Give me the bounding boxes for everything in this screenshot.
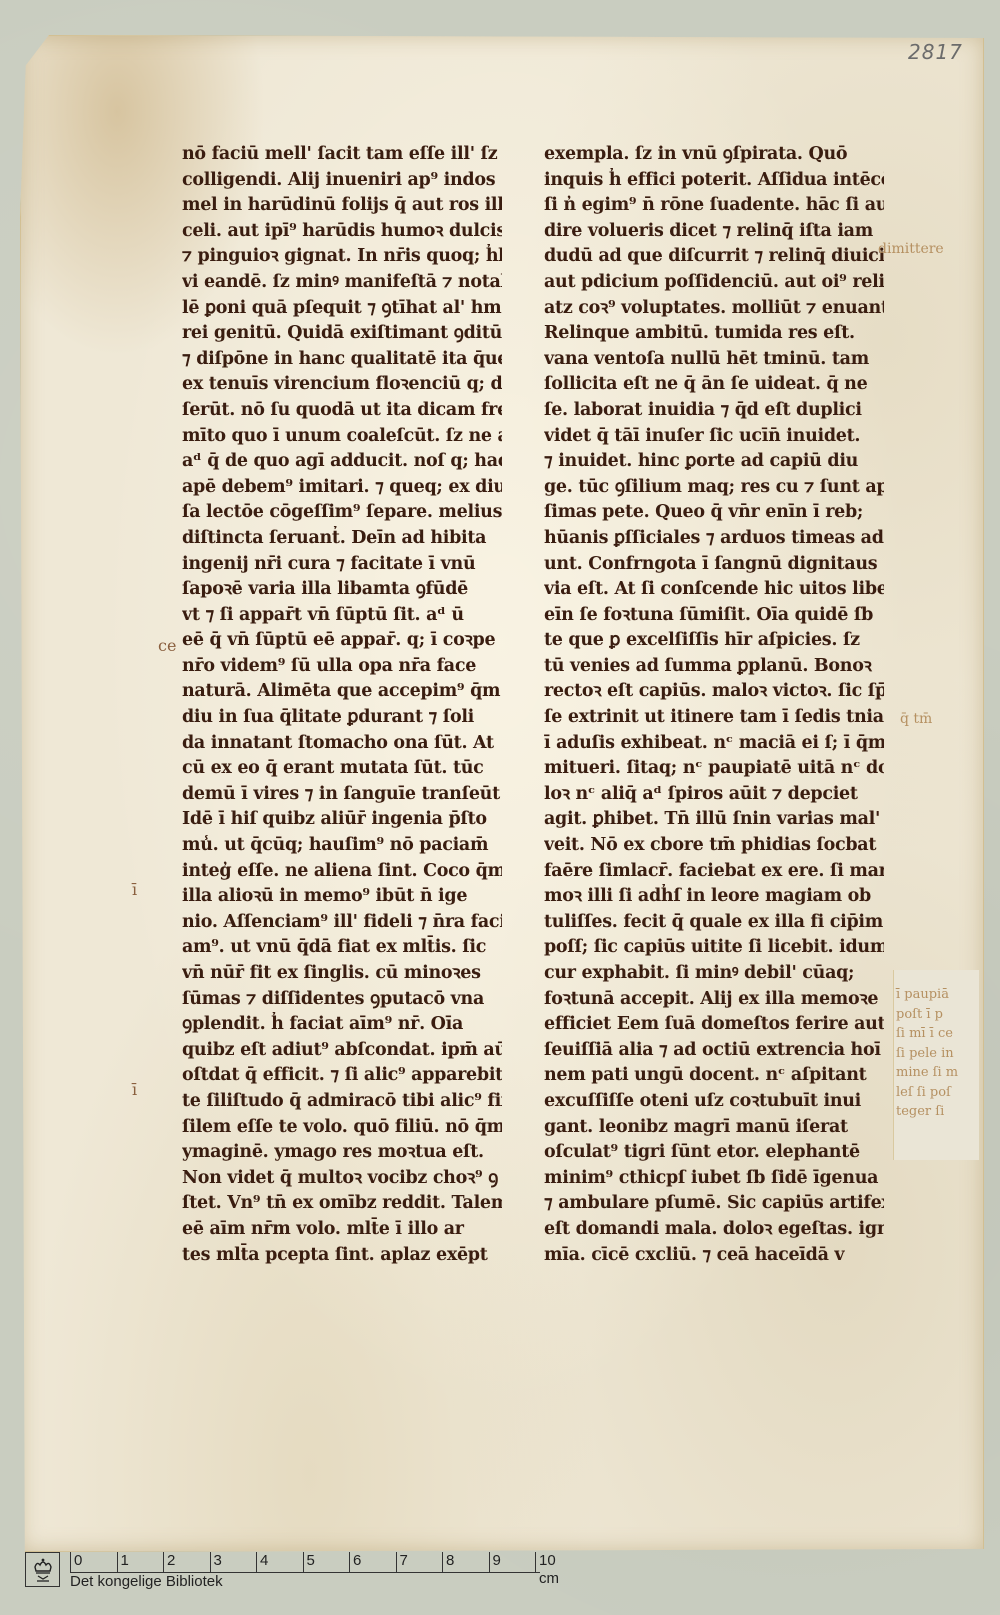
marginal-strip-line: ſi mī ī ce: [896, 1024, 958, 1044]
ruler-tick: 1: [117, 1552, 129, 1572]
text-line: ⁊ inuidet. hinc ꝑorte ad capiū diu: [544, 449, 884, 475]
text-line: ī aduſis exhibeat. nᶜ maciā ei ſ; ī q̄m: [544, 731, 884, 757]
text-line: lē ꝑoni quā pſequit ⁊ ꝯtīhat al' hmōi: [182, 296, 502, 322]
marginal-note-top: dimittere: [878, 240, 944, 258]
text-line: Non videt q̄ multoꝛ vocibz choꝛ⁹ ꝯ: [182, 1166, 502, 1192]
crown-icon: [25, 1552, 60, 1587]
text-line: integ̓ eſſe. ne aliena ſint. Coco q̄m: [182, 859, 502, 885]
text-line: hūanis ꝑſſiciales ⁊ arduos timeas ade: [544, 526, 884, 552]
text-line: unt. Confrngota ī ſangnū dignitaus: [544, 552, 884, 578]
text-line: ſe extrinit ut itinere tam ī ſedis tnia: [544, 705, 884, 731]
text-line: aᵈ q̄ de quo agī adducit. noſ q; hac: [182, 449, 502, 475]
text-line: ſerūt. nō ſu quodā ut ita dicam fre: [182, 398, 502, 424]
text-line: gant. leonibz magrī manū iſerat: [544, 1115, 884, 1141]
text-line: ſa lectōe cōgeſſim⁹ ſepare. melius n.: [182, 500, 502, 526]
text-line: diſtincta ſeruant̓. Deīn ad hibita: [182, 526, 502, 552]
text-line: inquis h̓ effici poterit. Aſſidua intēcō…: [544, 168, 884, 194]
text-line: dire volueris dicet ⁊ relinq̄ iſta iam: [544, 219, 884, 245]
marginal-strip-line: leſ ſi poſ: [896, 1083, 958, 1103]
institution-name: Det kongelige Bibliotek: [70, 1573, 223, 1590]
text-line: eſt domandi mala. doloꝛ egeſtas. igno: [544, 1217, 884, 1243]
text-line: oſculat⁹ tigri ſūnt etor. elephantē: [544, 1140, 884, 1166]
text-line: ſtet. Vn⁹ tn̄ ex omībz reddit. Talem: [182, 1191, 502, 1217]
text-column-left: nō faciū mell' ſacit tam eſſe ill' ſzcol…: [182, 142, 502, 1268]
marginal-note-mid: q̄ tm̄: [900, 710, 932, 728]
ruler-tick: 9: [489, 1552, 501, 1572]
text-line: videt q̄ tāī inuſer ſic ucīn̄ inuidet.: [544, 424, 884, 450]
text-line: rei genitū. Quidā exiſtimant ꝯditū: [182, 321, 502, 347]
text-line: ⁊ ambulare pſumē. Sic capiūs artifex: [544, 1191, 884, 1217]
text-line: mitueri. ſitaq; nᶜ paupiatē uitā nᶜ do: [544, 756, 884, 782]
text-line: nr̄o videm⁹ ſū ulla opa nr̄a face: [182, 654, 502, 680]
text-line: agit. ꝑhibet. Tn̄ illū ſnin varias mal': [544, 807, 884, 833]
marginal-strip-line: ſi pele in: [896, 1044, 958, 1064]
text-line: ſapoꝛē varia illa libamta ꝯfūdē: [182, 577, 502, 603]
shelfmark-number: 2817: [908, 40, 963, 64]
text-line: celi. aut ipī⁹ harūdis humoꝛ dulcis ⁊: [182, 219, 502, 245]
text-line: ſi n̓ egim⁹ n̄ rōne ſuadente. hāc ſi au: [544, 193, 884, 219]
ruler-tick: 0: [70, 1552, 82, 1572]
marginal-mark-left-3: ī: [132, 1080, 137, 1099]
text-line: atz coꝛ⁹ voluptates. molliūt ⁊ enuant: [544, 296, 884, 322]
marginal-strip-line: mine ſi m: [896, 1063, 958, 1083]
text-line: ꝯplendit. h̓ faciat aīm⁹ nr̄. Oīa: [182, 1012, 502, 1038]
text-line: minim⁹ cthicpſ iubet ſb ſidē īgenua: [544, 1166, 884, 1192]
text-line: eīn ſe foꝛtuna ſūmiſit. Oīa quidē ſb: [544, 603, 884, 629]
ruler-tick: 8: [442, 1552, 454, 1572]
text-line: ſilem eſſe te volo. quō filiū. nō q̄mō: [182, 1115, 502, 1141]
text-line: efficiet Eem ſuā domeſtos ferire aut: [544, 1012, 884, 1038]
text-line: rectoꝛ eſt capiūs. maloꝛ victoꝛ. ſic ſp̄: [544, 679, 884, 705]
scale-bar: 012345678910 cm Det kongelige Bibliotek: [25, 1552, 625, 1602]
text-line: ſeuiſſiā alia ⁊ ad octiū extrencia hoī: [544, 1038, 884, 1064]
text-line: tū venies ad ſumma ꝑplanū. Bonoꝛ: [544, 654, 884, 680]
text-line: tes mlt̄a pcepta ſint. aplaz exēpt: [182, 1243, 502, 1269]
ruler-tick: 3: [210, 1552, 222, 1572]
text-line: faēre ſimlacr̄. faciebat ex ere. ſi mar: [544, 859, 884, 885]
text-line: oſtdat q̄ efficit. ⁊ ſi alic⁹ apparebit …: [182, 1063, 502, 1089]
ruler-tick: 7: [396, 1552, 408, 1572]
text-line: colligendi. Alij inueniri ap⁹ indos: [182, 168, 502, 194]
text-line: mel in harūdinū folijs q̄ aut ros illi⁹: [182, 193, 502, 219]
text-line: ſe. laborat inuidia ⁊ q̄d eſt duplici: [544, 398, 884, 424]
text-line: nō faciū mell' ſacit tam eſſe ill' ſz: [182, 142, 502, 168]
text-line: ex tenuīs virencium floꝛenciū q; decep: [182, 372, 502, 398]
text-line: am⁹. ut vnū q̄dā fiat ex mlt̄is. ſic: [182, 935, 502, 961]
text-line: vn̄ nūr̄ fit ex ſinglis. cū minoꝛes: [182, 961, 502, 987]
text-line: ſimas pete. Queo q̄ vn̄r enīn ī reb;: [544, 500, 884, 526]
text-line: cur exphabit. ſi minꝰ debil' cūaq;: [544, 961, 884, 987]
text-line: aut pdicium poſſidenciū. aut oi⁹ relinq̄…: [544, 270, 884, 296]
ruler-tick: 4: [256, 1552, 268, 1572]
text-line: ⁊ pinguioꝛ gignat. In nr̄is quoq; h̓bis: [182, 244, 502, 270]
text-line: tuliſſes. fecit q̄ quale ex illa fi cip̄…: [544, 910, 884, 936]
text-line: cū ex eo q̄ erant mutata ſūt. tūc: [182, 756, 502, 782]
text-line: nem pati ungū docent. nᶜ aſpitant: [544, 1063, 884, 1089]
text-line: illa alioꝛū in memo⁹ ibūt n̄ ige: [182, 884, 502, 910]
text-line: ⁊ diſpōne in hanc qualitatē ita q̄ue: [182, 347, 502, 373]
text-line: loꝛ nᶜ aliq̄ aᵈ ſpiros aūit ⁊ depciet: [544, 782, 884, 808]
text-column-right: exempla. ſz in vnū ꝯſpirata. Quōinquis h…: [544, 142, 884, 1268]
text-line: te ſiliſtudo q̄ admiracō tibi alic⁹ fixi…: [182, 1089, 502, 1115]
text-line: nio. Aſſenciam⁹ ill' fideli ⁊ n̄ra faci: [182, 910, 502, 936]
text-line: Idē ī hiſ quibz aliūr̄ ingenia p̄ſto: [182, 807, 502, 833]
marginal-strip-line: teger ſi: [896, 1102, 958, 1122]
text-line: eē aīm nr̄m volo. mlt̄e ī illo ar: [182, 1217, 502, 1243]
marginal-strip-line: poſt ī p: [896, 1005, 958, 1025]
text-line: veit. Nō ex cbore tm̄ phidias ſocbat: [544, 833, 884, 859]
marginal-mark-left-2: ī: [132, 880, 137, 899]
text-line: vt ⁊ ſi appar̄t vn̄ ſūptū ſit. aᵈ ū: [182, 603, 502, 629]
text-line: moꝛ illi ſi adh̓ſ in leore magiam ob: [544, 884, 884, 910]
marginal-mark-left-1: ce: [158, 636, 176, 655]
ruler-tick: 6: [349, 1552, 361, 1572]
text-line: da innatant ſtomacho ona ſūt. At: [182, 731, 502, 757]
text-line: poſſ; ſic capiūs uitite ſi licebit. idum: [544, 935, 884, 961]
marginal-strip-text: ī paupiāpoſt ī pſi mī ī ceſi pele inmine…: [896, 985, 958, 1122]
text-line: exempla. ſz in vnū ꝯſpirata. Quō: [544, 142, 884, 168]
text-line: mu̾. ut q̄cūq; hauſim⁹ nō paciam̄: [182, 833, 502, 859]
marginal-strip-line: ī paupiā: [896, 985, 958, 1005]
text-line: naturā. Alimēta que accepim⁹ q̄m: [182, 679, 502, 705]
ruler-tick: 2: [163, 1552, 175, 1572]
ruler-tick: 5: [303, 1552, 315, 1572]
text-line: excuſſiſſe oteni uſz coꝛtubuīt inui: [544, 1089, 884, 1115]
text-line: ge. tūc ꝯſilium maq; res cu ⁊ ſunt aplif: [544, 475, 884, 501]
text-line: apē debem⁹ imitari. ⁊ queq; ex diu: [182, 475, 502, 501]
text-line: vi eandē. ſz minꝰ manifeſtā ⁊ notabi: [182, 270, 502, 296]
text-line: mīto quo ī unum coaleſcūt. ſz ne ad: [182, 424, 502, 450]
text-line: ſollicita eſt ne q̄ ān ſe uideat. q̄ ne: [544, 372, 884, 398]
text-line: dudū ad que diſcurrit ⁊ relinq̄ diuicias: [544, 244, 884, 270]
text-line: quibz eſt adiut⁹ abſcondat. ipm̄ aūt: [182, 1038, 502, 1064]
text-line: ſūmas ⁊ diſſidentes ꝯputacō vna: [182, 987, 502, 1013]
text-line: diu in ſua q̄litate ꝑdurant ⁊ ſoli: [182, 705, 502, 731]
ruler-tick: 10 cm: [535, 1552, 559, 1572]
centimeter-ruler: 012345678910 cm: [70, 1552, 540, 1573]
text-line: ingenij nr̄i cura ⁊ facitate ī vnū: [182, 552, 502, 578]
text-line: mīa. cīcē cxcliū. ⁊ ceā haceīdā v: [544, 1243, 884, 1269]
text-line: via eſt. At ſi conſcende hic uitos liber: [544, 577, 884, 603]
text-line: demū ī vires ⁊ in ſanguīe tranſeūt: [182, 782, 502, 808]
text-line: foꝛtunā accepit. Alij ex illa memoꝛe: [544, 987, 884, 1013]
text-line: vana ventoſa nullū hēt tminū. tam: [544, 347, 884, 373]
text-line: te que ꝑ excelſiſſis hīr aſpicies. ſz: [544, 628, 884, 654]
text-line: eē q̄ vn̄ ſūptū eē appar̄. q; ī coꝛpe: [182, 628, 502, 654]
text-line: ymaginē. ymago res moꝛtua eſt.: [182, 1140, 502, 1166]
text-line: Relinque ambitū. tumida res eſt.: [544, 321, 884, 347]
